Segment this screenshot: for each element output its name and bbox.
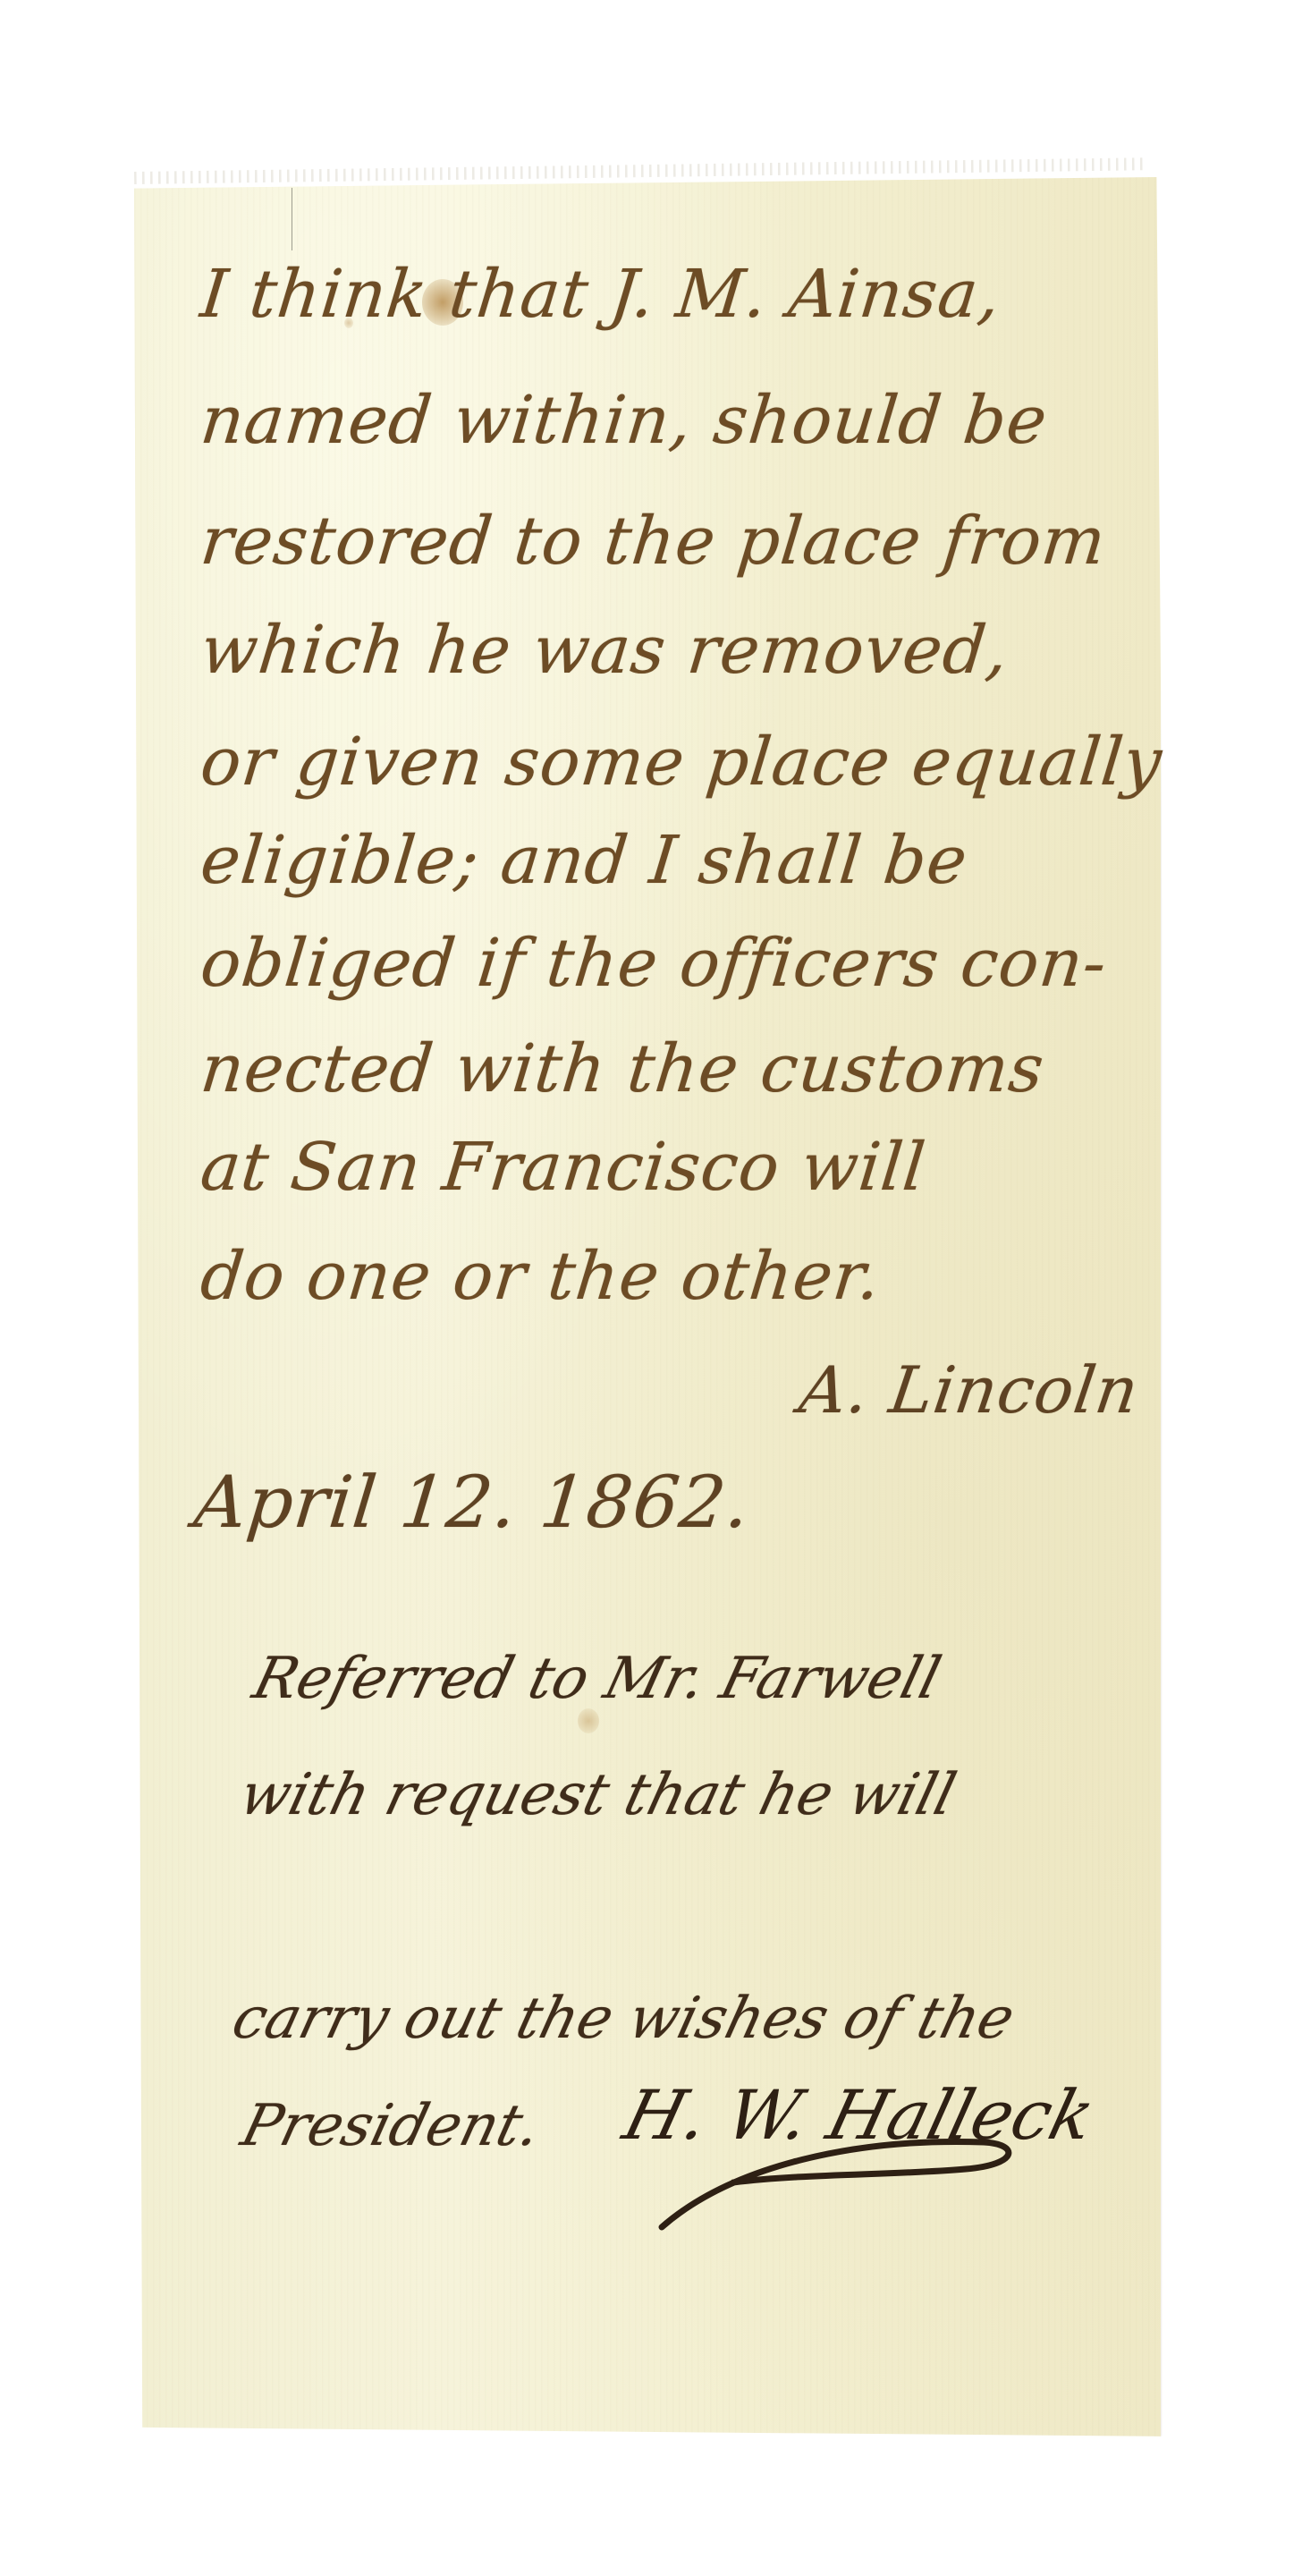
note-line: obliged if the officers con-: [198, 930, 1110, 996]
note-line: do one or the other.: [198, 1243, 883, 1309]
note-line: nected with the customs: [198, 1036, 1047, 1102]
pencil-mark: [292, 188, 292, 250]
endorsement-line: with request that he will: [234, 1767, 961, 1824]
note-line: at San Francisco will: [198, 1134, 929, 1200]
foxing-stain: [578, 1708, 599, 1733]
note-line: or given some place equally: [198, 729, 1165, 795]
endorsement-line: carry out the wishes of the: [227, 1990, 1019, 2047]
note-date: April 12. 1862.: [191, 1467, 754, 1538]
note-line: eligible; and I shall be: [198, 827, 970, 894]
note-line: I think that J. M. Ainsa,: [198, 261, 1004, 327]
note-line: which he was removed,: [198, 617, 1011, 683]
endorsement-line: President.: [236, 2097, 546, 2155]
note-line: restored to the place from: [198, 508, 1109, 574]
signature-flourish-icon: [626, 2129, 1055, 2236]
note-line: named within, should be: [198, 387, 1051, 453]
endorsement-line: Referred to Mr. Farwell: [248, 1650, 946, 1707]
lincoln-signature: A. Lincoln: [796, 1358, 1143, 1422]
